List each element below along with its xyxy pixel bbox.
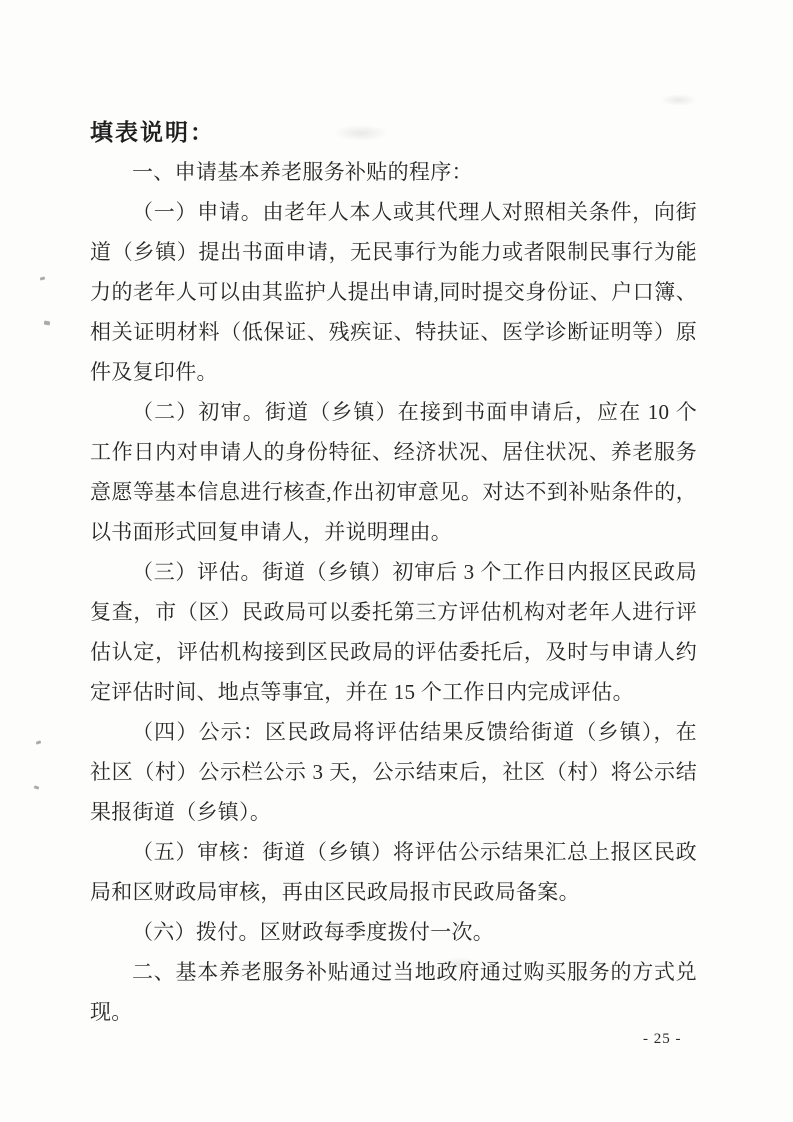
scan-speck — [40, 276, 46, 280]
text-line: 道（乡镇）提出书面申请，无民事行为能力或者限制民事行为能 — [90, 232, 697, 272]
text-line: 现。 — [90, 992, 697, 1032]
page-number: - 25 - — [643, 1028, 703, 1050]
text-line: 件及复印件。 — [90, 352, 697, 392]
scan-speck — [34, 785, 40, 789]
text-line: 相关证明材料（低保证、残疾证、特扶证、医学诊断证明等）原 — [90, 312, 697, 352]
text-line: 复查，市（区）民政局可以委托第三方评估机构对老年人进行评 — [90, 592, 697, 632]
scan-speck — [36, 740, 42, 745]
text-line: 力的老年人可以由其监护人提出申请,同时提交身份证、户口簿、 — [90, 272, 697, 312]
text-line: （四）公示：区民政局将评估结果反馈给街道（乡镇），在 — [90, 712, 697, 752]
scan-speck — [44, 321, 51, 326]
text-line: 局和区财政局审核，再由区民政局报市民政局备案。 — [90, 872, 697, 912]
text-line: （六）拨付。区财政每季度拨付一次。 — [90, 912, 697, 952]
text-line: 估认定，评估机构接到区民政局的评估委托后，及时与申请人约 — [90, 632, 697, 672]
text-line: 一、申请基本养老服务补贴的程序： — [90, 152, 697, 192]
document-body: 填表说明： 一、申请基本养老服务补贴的程序： （一）申请。由老年人本人或其代理人… — [90, 112, 697, 1032]
text-line: 定评估时间、地点等事宜，并在 15 个工作日内完成评估。 — [90, 672, 697, 712]
text-line: （五）审核：街道（乡镇）将评估公示结果汇总上报区民政 — [90, 832, 697, 872]
text-line: 以书面形式回复申请人，并说明理由。 — [90, 512, 697, 552]
text-line: 二、基本养老服务补贴通过当地政府通过购买服务的方式兑 — [90, 952, 697, 992]
text-line: 工作日内对申请人的身份特征、经济状况、居住状况、养老服务 — [90, 432, 697, 472]
text-line: 果报街道（乡镇）。 — [90, 792, 697, 832]
document-heading: 填表说明： — [90, 112, 697, 152]
text-line: 意愿等基本信息进行核查,作出初审意见。对达不到补贴条件的， — [90, 472, 697, 512]
text-line: （一）申请。由老年人本人或其代理人对照相关条件，向街 — [90, 192, 697, 232]
scan-smudge — [655, 92, 703, 108]
scanned-document-page: 填表说明： 一、申请基本养老服务补贴的程序： （一）申请。由老年人本人或其代理人… — [0, 0, 793, 1122]
text-line: 社区（村）公示栏公示 3 天，公示结束后，社区（村）将公示结 — [90, 752, 697, 792]
text-line: （二）初审。街道（乡镇）在接到书面申请后，应在 10 个 — [90, 392, 697, 432]
text-line: （三）评估。街道（乡镇）初审后 3 个工作日内报区民政局 — [90, 552, 697, 592]
